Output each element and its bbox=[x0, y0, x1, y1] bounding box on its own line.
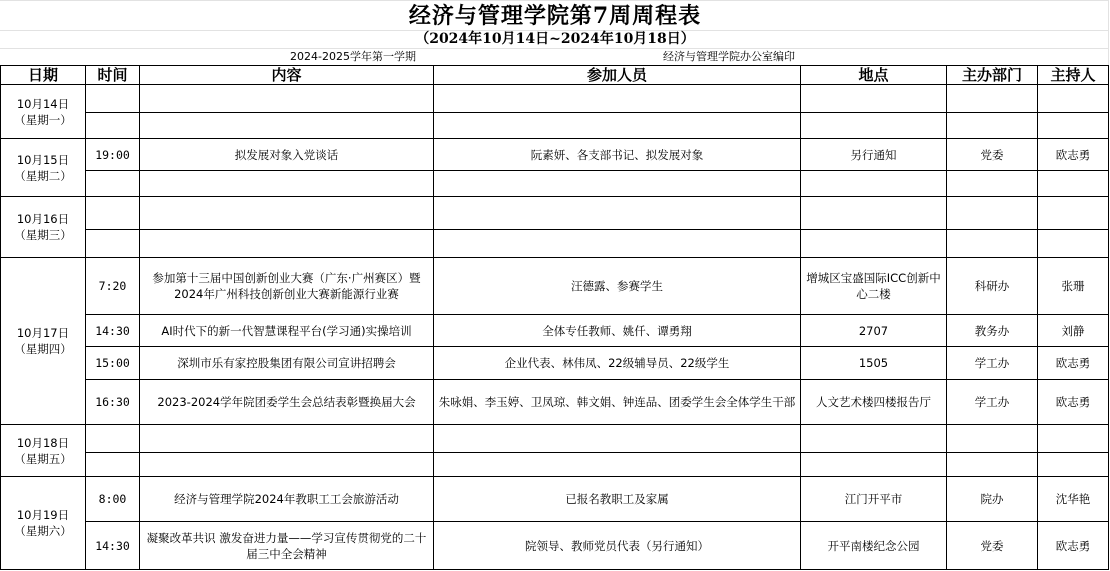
table-row: 10月15日 （星期二） 19:00 拟发展对象入党谈话 阮素妍、各支部书记、拟… bbox=[1, 139, 1109, 171]
time-cell bbox=[86, 113, 140, 139]
host-cell: 刘静 bbox=[1038, 315, 1109, 347]
department-cell bbox=[947, 171, 1038, 197]
time-cell: 16:30 bbox=[86, 380, 140, 425]
page-title: 经济与管理学院第7周周程表 bbox=[0, 2, 1110, 30]
table-row: 16:30 2023-2024学年院团委学生会总结表彰暨换届大会 朱咏娟、李玉婷… bbox=[1, 380, 1109, 425]
host-cell: 欧志勇 bbox=[1038, 522, 1109, 570]
time-cell bbox=[86, 425, 140, 453]
department-cell bbox=[947, 230, 1038, 258]
host-cell bbox=[1038, 171, 1109, 197]
department-cell: 党委 bbox=[947, 139, 1038, 171]
host-cell: 欧志勇 bbox=[1038, 380, 1109, 425]
table-row: 10月18日 （星期五） bbox=[1, 425, 1109, 453]
content-cell: 拟发展对象入党谈话 bbox=[140, 139, 434, 171]
content-cell: 凝聚改革共识 激发奋进力量——学习宣传贯彻党的二十届三中全会精神 bbox=[140, 522, 434, 570]
host-cell bbox=[1038, 113, 1109, 139]
location-cell: 2707 bbox=[801, 315, 947, 347]
schedule-sheet: 经济与管理学院第7周周程表 （2024年10月14日~2024年10月18日） … bbox=[0, 0, 1110, 571]
participants-cell: 已报名教职工及家属 bbox=[434, 477, 801, 522]
table-row bbox=[1, 113, 1109, 139]
date-label: 10月14日 bbox=[3, 96, 83, 112]
location-cell: 另行通知 bbox=[801, 139, 947, 171]
gridline bbox=[0, 48, 1108, 49]
participants-cell bbox=[434, 113, 801, 139]
date-cell: 10月18日 （星期五） bbox=[1, 425, 86, 477]
content-cell bbox=[140, 425, 434, 453]
date-cell: 10月15日 （星期二） bbox=[1, 139, 86, 197]
location-cell: 人文艺术楼四楼报告厅 bbox=[801, 380, 947, 425]
location-cell bbox=[801, 230, 947, 258]
semester-label: 2024-2025学年第一学期 bbox=[290, 50, 416, 64]
location-cell bbox=[801, 197, 947, 230]
host-cell bbox=[1038, 425, 1109, 453]
department-cell bbox=[947, 425, 1038, 453]
host-cell: 张珊 bbox=[1038, 258, 1109, 315]
department-cell bbox=[947, 453, 1038, 477]
location-cell: 开平南楼纪念公园 bbox=[801, 522, 947, 570]
location-cell bbox=[801, 453, 947, 477]
department-cell: 学工办 bbox=[947, 347, 1038, 380]
location-cell: 1505 bbox=[801, 347, 947, 380]
table-row: 10月14日 （星期一） bbox=[1, 85, 1109, 113]
time-cell: 19:00 bbox=[86, 139, 140, 171]
table-row: 10月17日 （星期四） 7:20 参加第十三届中国创新创业大赛（广东·广州赛区… bbox=[1, 258, 1109, 315]
date-label: 10月18日 bbox=[3, 435, 83, 451]
column-header-department: 主办部门 bbox=[947, 66, 1038, 85]
participants-cell bbox=[434, 85, 801, 113]
participants-cell: 院领导、教师党员代表（另行通知） bbox=[434, 522, 801, 570]
participants-cell: 阮素妍、各支部书记、拟发展对象 bbox=[434, 139, 801, 171]
host-cell: 欧志勇 bbox=[1038, 139, 1109, 171]
content-cell: 经济与管理学院2024年教职工工会旅游活动 bbox=[140, 477, 434, 522]
time-cell bbox=[86, 85, 140, 113]
content-cell: AI时代下的新一代智慧课程平台(学习通)实操培训 bbox=[140, 315, 434, 347]
weekday-label: （星期一） bbox=[3, 112, 83, 128]
table-row: 10月19日 （星期六） 8:00 经济与管理学院2024年教职工工会旅游活动 … bbox=[1, 477, 1109, 522]
content-cell bbox=[140, 197, 434, 230]
host-cell bbox=[1038, 230, 1109, 258]
content-cell bbox=[140, 113, 434, 139]
content-cell bbox=[140, 85, 434, 113]
header-row: 日期 时间 内容 参加人员 地点 主办部门 主持人 bbox=[1, 66, 1109, 85]
column-header-time: 时间 bbox=[86, 66, 140, 85]
weekday-label: （星期六） bbox=[3, 523, 83, 539]
participants-cell bbox=[434, 197, 801, 230]
host-cell bbox=[1038, 85, 1109, 113]
time-cell bbox=[86, 230, 140, 258]
participants-cell bbox=[434, 425, 801, 453]
participants-cell: 企业代表、林伟凤、22级辅导员、22级学生 bbox=[434, 347, 801, 380]
content-cell: 参加第十三届中国创新创业大赛（广东·广州赛区）暨2024年广州科技创新创业大赛新… bbox=[140, 258, 434, 315]
location-cell: 增城区宝盛国际ICC创新中心二楼 bbox=[801, 258, 947, 315]
table-row: 10月16日 （星期三） bbox=[1, 197, 1109, 230]
gridline bbox=[0, 0, 1108, 1]
department-cell: 党委 bbox=[947, 522, 1038, 570]
table-row bbox=[1, 453, 1109, 477]
content-cell bbox=[140, 230, 434, 258]
table-row bbox=[1, 230, 1109, 258]
time-cell: 7:20 bbox=[86, 258, 140, 315]
department-cell bbox=[947, 197, 1038, 230]
compiler-label: 经济与管理学院办公室编印 bbox=[663, 50, 795, 64]
location-cell bbox=[801, 113, 947, 139]
date-cell: 10月19日 （星期六） bbox=[1, 477, 86, 570]
date-label: 10月17日 bbox=[3, 325, 83, 341]
date-range-subtitle: （2024年10月14日~2024年10月18日） bbox=[0, 31, 1110, 48]
table-row bbox=[1, 171, 1109, 197]
weekday-label: （星期四） bbox=[3, 341, 83, 357]
date-label: 10月16日 bbox=[3, 211, 83, 227]
participants-cell bbox=[434, 171, 801, 197]
content-cell bbox=[140, 453, 434, 477]
weekday-label: （星期五） bbox=[3, 451, 83, 467]
table-row: 15:00 深圳市乐有家控股集团有限公司宣讲招聘会 企业代表、林伟凤、22级辅导… bbox=[1, 347, 1109, 380]
column-header-location: 地点 bbox=[801, 66, 947, 85]
time-cell: 8:00 bbox=[86, 477, 140, 522]
time-cell bbox=[86, 171, 140, 197]
column-header-content: 内容 bbox=[140, 66, 434, 85]
participants-cell: 汪德露、参赛学生 bbox=[434, 258, 801, 315]
date-cell: 10月17日 （星期四） bbox=[1, 258, 86, 425]
time-cell: 14:30 bbox=[86, 522, 140, 570]
department-cell: 科研办 bbox=[947, 258, 1038, 315]
schedule-table: 日期 时间 内容 参加人员 地点 主办部门 主持人 10月14日 （星期一） bbox=[0, 65, 1109, 570]
location-cell bbox=[801, 425, 947, 453]
weekday-label: （星期三） bbox=[3, 227, 83, 243]
time-cell: 15:00 bbox=[86, 347, 140, 380]
host-cell bbox=[1038, 197, 1109, 230]
location-cell bbox=[801, 171, 947, 197]
content-cell: 深圳市乐有家控股集团有限公司宣讲招聘会 bbox=[140, 347, 434, 380]
date-cell: 10月14日 （星期一） bbox=[1, 85, 86, 139]
participants-cell bbox=[434, 453, 801, 477]
table-row: 14:30 凝聚改革共识 激发奋进力量——学习宣传贯彻党的二十届三中全会精神 院… bbox=[1, 522, 1109, 570]
host-cell: 欧志勇 bbox=[1038, 347, 1109, 380]
participants-cell bbox=[434, 230, 801, 258]
location-cell bbox=[801, 85, 947, 113]
content-cell: 2023-2024学年院团委学生会总结表彰暨换届大会 bbox=[140, 380, 434, 425]
participants-cell: 全体专任教师、姚仟、谭勇翔 bbox=[434, 315, 801, 347]
department-cell bbox=[947, 85, 1038, 113]
date-cell: 10月16日 （星期三） bbox=[1, 197, 86, 258]
weekday-label: （星期二） bbox=[3, 168, 83, 184]
column-header-date: 日期 bbox=[1, 66, 86, 85]
host-cell: 沈华艳 bbox=[1038, 477, 1109, 522]
department-cell bbox=[947, 113, 1038, 139]
department-cell: 教务办 bbox=[947, 315, 1038, 347]
department-cell: 院办 bbox=[947, 477, 1038, 522]
time-cell bbox=[86, 197, 140, 230]
department-cell: 学工办 bbox=[947, 380, 1038, 425]
time-cell: 14:30 bbox=[86, 315, 140, 347]
host-cell bbox=[1038, 453, 1109, 477]
table-row: 14:30 AI时代下的新一代智慧课程平台(学习通)实操培训 全体专任教师、姚仟… bbox=[1, 315, 1109, 347]
content-cell bbox=[140, 171, 434, 197]
location-cell: 江门开平市 bbox=[801, 477, 947, 522]
participants-cell: 朱咏娟、李玉婷、卫凤琼、韩文娟、钟连品、团委学生会全体学生干部 bbox=[434, 380, 801, 425]
column-header-host: 主持人 bbox=[1038, 66, 1109, 85]
date-label: 10月15日 bbox=[3, 152, 83, 168]
time-cell bbox=[86, 453, 140, 477]
column-header-participants: 参加人员 bbox=[434, 66, 801, 85]
date-label: 10月19日 bbox=[3, 507, 83, 523]
